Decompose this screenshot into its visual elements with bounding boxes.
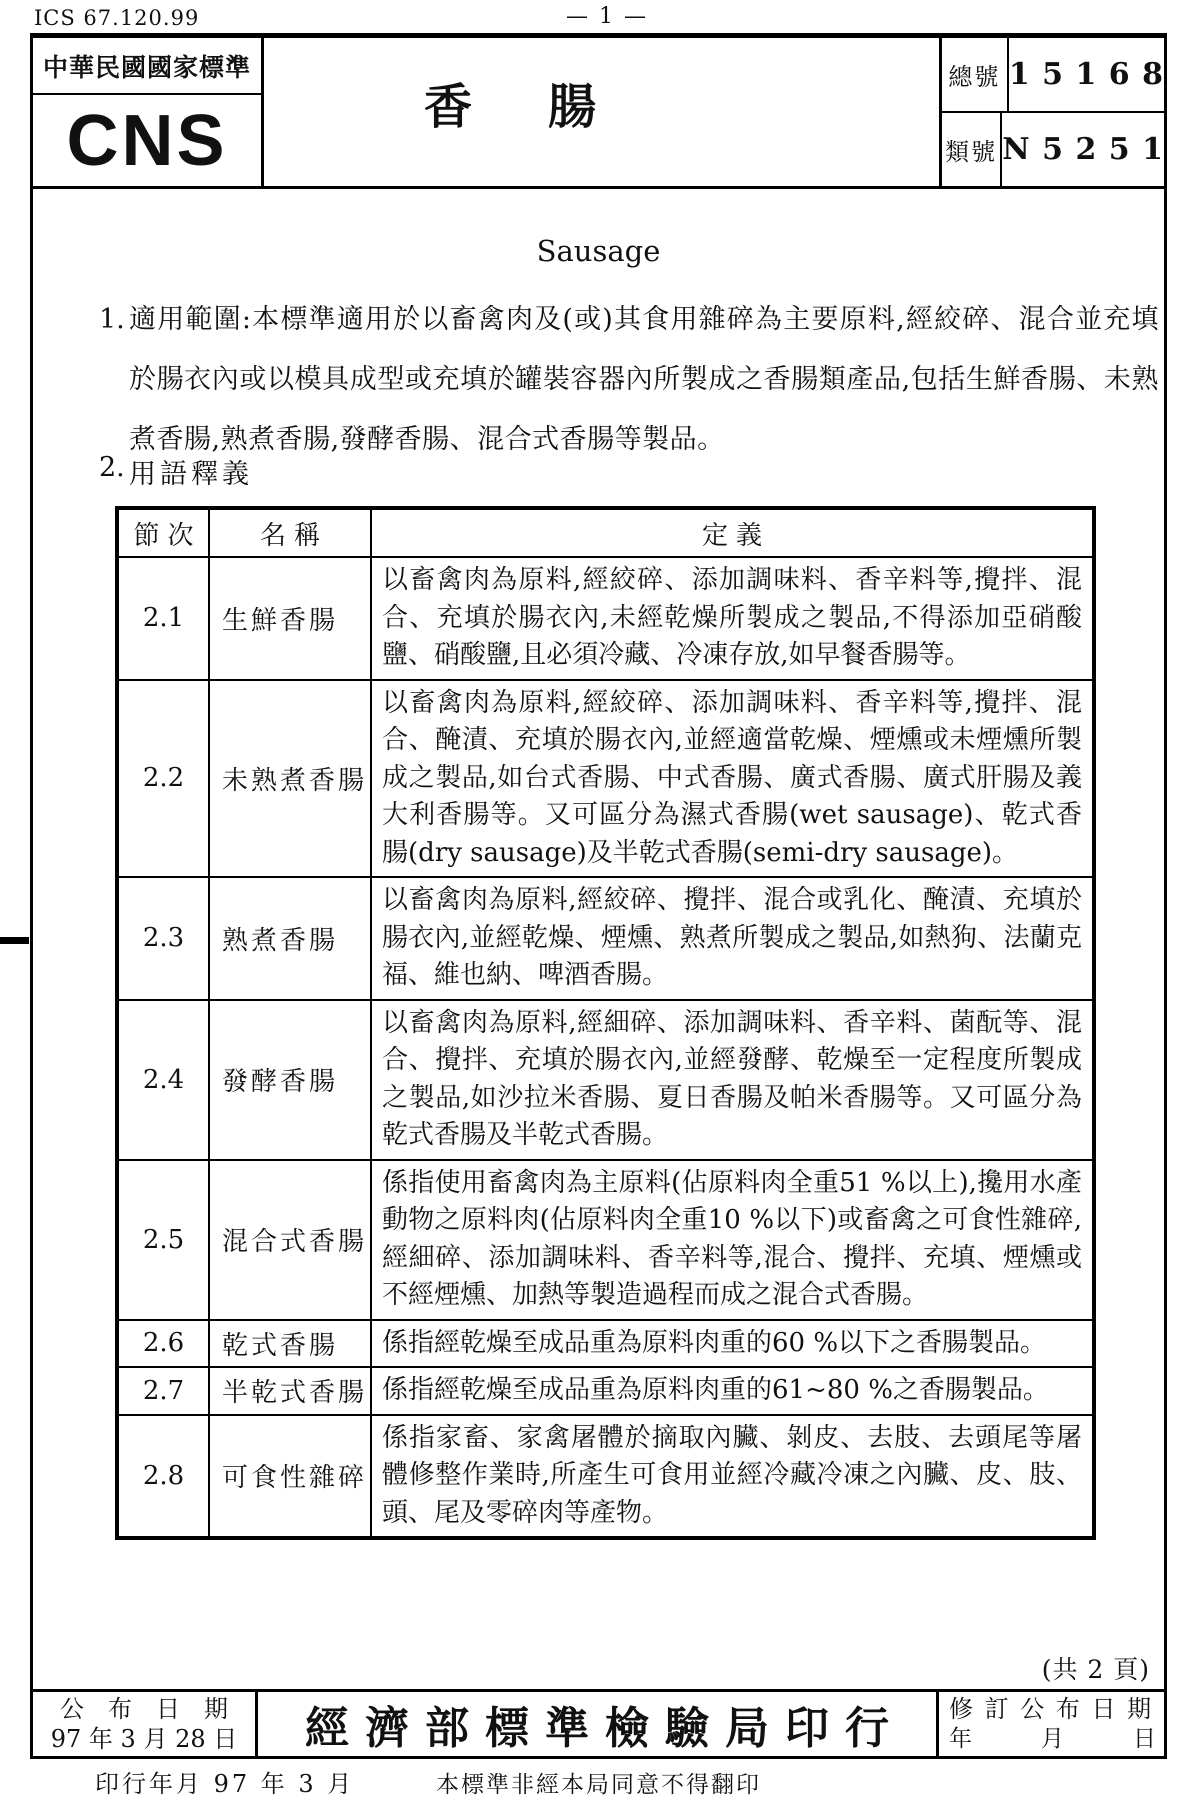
table-row: 2.3 熟煮香腸 以畜禽肉為原料,經絞碎、攪拌、混合或乳化、醃漬、充填於腸衣內,… [117,877,1094,1000]
row-term-name: 乾式香腸 [209,1320,371,1368]
revision-date-label: 修 訂 公 布 日 期 [949,1694,1154,1724]
row-term-name: 熟煮香腸 [209,877,371,1000]
column-header-section: 節次 [117,508,209,557]
row-term-name: 可食性雜碎 [209,1415,371,1539]
publish-date-cell: 公 布 日 期 97 年 3 月 28 日 [33,1692,258,1756]
cns-block: 中華民國國家標準 CNS [33,38,264,186]
row-section-number: 2.6 [117,1320,209,1368]
row-definition: 係指經乾燥至成品重為原料肉重的61~80 %之香腸製品。 [371,1367,1094,1415]
section-number: 2. [99,452,129,491]
terms-title: 用語釋義 [129,452,253,491]
copyright-note: 本標準非經本局同意不得翻印 [0,1766,1197,1799]
row-definition: 係指使用畜禽肉為主原料(佔原料肉全重51 %以上),攙用水產動物之原料肉(佔原料… [371,1160,1094,1320]
serial-row: 總號 1 5 1 6 8 [942,38,1164,113]
section-number: 1. [99,290,129,470]
row-term-name: 混合式香腸 [209,1160,371,1320]
row-definition: 以畜禽肉為原料,經絞碎、攪拌、混合或乳化、醃漬、充填於腸衣內,並經乾燥、煙燻、熟… [371,877,1094,1000]
section-terms-heading: 2. 用語釋義 [99,452,253,491]
class-row: 類號 N 5 2 5 1 [942,113,1164,186]
row-definition: 係指經乾燥至成品重為原料肉重的60 %以下之香腸製品。 [371,1320,1094,1368]
table-row: 2.7 半乾式香腸 係指經乾燥至成品重為原料肉重的61~80 %之香腸製品。 [117,1367,1094,1415]
row-definition: 以畜禽肉為原料,經細碎、添加調味料、香辛料、菌酛等、混合、攪拌、充填於腸衣內,並… [371,1000,1094,1160]
row-section-number: 2.7 [117,1367,209,1415]
number-block: 總號 1 5 1 6 8 類號 N 5 2 5 1 [939,38,1164,186]
row-section-number: 2.4 [117,1000,209,1160]
serial-label: 總號 [942,38,1009,111]
row-term-name: 未熟煮香腸 [209,680,371,878]
issuer-cell: 經濟部標準檢驗局印行 [258,1692,936,1756]
standard-header: 中華民國國家標準 CNS 香 腸 總號 1 5 1 6 8 類號 N 5 2 5… [33,38,1164,189]
row-section-number: 2.8 [117,1415,209,1539]
table-row: 2.1 生鮮香腸 以畜禽肉為原料,經絞碎、添加調味料、香辛料等,攪拌、混合、充填… [117,557,1094,680]
row-definition: 係指家畜、家禽屠體於摘取內臟、剝皮、去肢、去頭尾等屠體修整作業時,所產生可食用並… [371,1415,1094,1539]
publish-date-value: 97 年 3 月 28 日 [33,1724,255,1754]
document-title: 香 腸 [424,68,610,137]
revision-date-value: 年 月 日 [949,1724,1154,1754]
column-header-name: 名稱 [209,508,371,557]
row-section-number: 2.2 [117,680,209,878]
row-term-name: 生鮮香腸 [209,557,371,680]
row-section-number: 2.5 [117,1160,209,1320]
table-row: 2.8 可食性雜碎 係指家畜、家禽屠體於摘取內臟、剝皮、去肢、去頭尾等屠體修整作… [117,1415,1094,1539]
cns-logo: CNS [33,95,261,186]
serial-value: 1 5 1 6 8 [1009,38,1164,111]
row-term-name: 發酵香腸 [209,1000,371,1160]
section-scope: 1. 適用範圍:本標準適用於以畜禽肉及(或)其食用雜碎為主要原料,經絞碎、混合並… [99,290,1159,470]
publish-date-label: 公 布 日 期 [33,1694,255,1724]
row-section-number: 2.1 [117,557,209,680]
table-row: 2.6 乾式香腸 係指經乾燥至成品重為原料肉重的60 %以下之香腸製品。 [117,1320,1094,1368]
table-row: 2.4 發酵香腸 以畜禽肉為原料,經細碎、添加調味料、香辛料、菌酛等、混合、攪拌… [117,1000,1094,1160]
table-header-row: 節次 名稱 定義 [117,508,1094,557]
page-number: — 1 — [0,4,1197,29]
table-row: 2.2 未熟煮香腸 以畜禽肉為原料,經絞碎、添加調味料、香辛料等,攪拌、混合、醃… [117,680,1094,878]
row-section-number: 2.3 [117,877,209,1000]
class-value: N 5 2 5 1 [1002,113,1164,186]
english-title: Sausage [33,234,1164,268]
class-label: 類號 [942,113,1002,186]
revision-date-cell: 修 訂 公 布 日 期 年 月 日 [936,1692,1164,1756]
row-definition: 以畜禽肉為原料,經絞碎、添加調味料、香辛料等,攪拌、混合、醃漬、充填於腸衣內,並… [371,680,1094,878]
total-pages-note: (共 2 頁) [1042,1650,1150,1686]
scope-paragraph: 適用範圍:本標準適用於以畜禽肉及(或)其食用雜碎為主要原料,經絞碎、混合並充填於… [129,290,1159,470]
column-header-definition: 定義 [371,508,1094,557]
national-standard-label: 中華民國國家標準 [33,38,261,95]
definitions-table: 節次 名稱 定義 2.1 生鮮香腸 以畜禽肉為原料,經絞碎、添加調味料、香辛料等… [115,506,1096,1540]
left-edge-mark [0,937,29,944]
document-page: ICS 67.120.99 — 1 — 中華民國國家標準 CNS 香 腸 總號 … [0,0,1197,1813]
row-term-name: 半乾式香腸 [209,1367,371,1415]
footer-bar: 公 布 日 期 97 年 3 月 28 日 經濟部標準檢驗局印行 修 訂 公 布… [33,1689,1164,1756]
table-row: 2.5 混合式香腸 係指使用畜禽肉為主原料(佔原料肉全重51 %以上),攙用水產… [117,1160,1094,1320]
title-cell: 香 腸 [264,38,939,186]
row-definition: 以畜禽肉為原料,經絞碎、添加調味料、香辛料等,攪拌、混合、充填於腸衣內,未經乾燥… [371,557,1094,680]
document-border-box: 中華民國國家標準 CNS 香 腸 總號 1 5 1 6 8 類號 N 5 2 5… [30,33,1167,1759]
